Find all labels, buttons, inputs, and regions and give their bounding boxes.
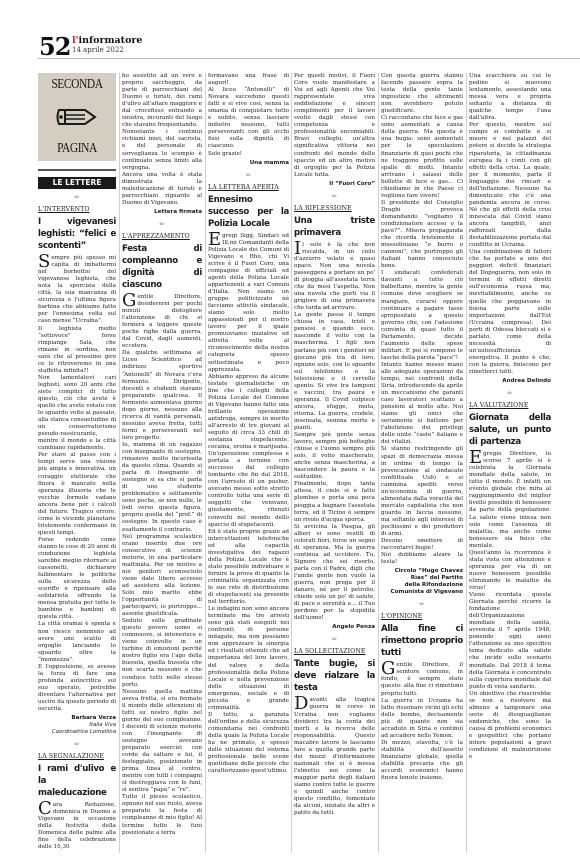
article-paragraph: Forse vedendo come stanno le cose di 20 …	[38, 537, 116, 622]
pencil-icon: ✏	[294, 636, 375, 644]
article-paragraph: La città oramai è spenta e non riesce ne…	[38, 621, 116, 663]
article-paragraph: Per questi motivi, il Fuori Coro vuole m…	[294, 73, 375, 179]
article-paragraph: Intanto hanno messo mano alle adeguate o…	[381, 362, 463, 447]
masthead-name: informatore	[79, 35, 143, 46]
article-paragraph: La gente passa il tempo chiusa in casa, …	[294, 312, 375, 432]
article-paragraph: Quest'anno la ricorrenza è stata vista c…	[469, 550, 551, 592]
article-paragraph: Sempre più spesso mi capita di imbatterm…	[38, 255, 116, 325]
article-headline: Una triste primavera	[294, 215, 375, 239]
signature-line: Comunista di Vigevano	[381, 589, 463, 596]
pencil-icon: ✏	[294, 193, 375, 201]
section-tag: LE LETTERE	[38, 177, 116, 189]
article-paragraph: Abbiamo appreso da alcune testate giorna…	[208, 374, 289, 529]
article-paragraph: Una combinazione di fattori che ha porta…	[469, 249, 551, 376]
article-paragraph: La guerra in Ucraina ha fatto risuonare …	[381, 698, 463, 740]
article-paragraph: Il sole è là che non riscalda, in un cie…	[294, 242, 375, 312]
signature-line: Rìas” del Partito	[381, 575, 463, 582]
article-paragraph: Di mezzo, stavolta, c'è la stabilità del…	[381, 740, 463, 782]
column-divider	[291, 73, 292, 853]
article-paragraph: Per stare al passo con i tempi serve una…	[38, 452, 116, 537]
article-kicker: LA RIFLESSIONE	[294, 205, 375, 212]
column-divider	[466, 73, 467, 853]
article-paragraph: Nel programma scolastico erano inserite …	[122, 534, 202, 619]
pencil-icon: ✏	[208, 172, 289, 180]
article-paragraph: Viene ricordata questa Giornata perché r…	[469, 592, 551, 691]
article-paragraph: Ci raccontano che luce e gas sono aument…	[381, 115, 463, 200]
column-3: formavano una frase di auguri! Al liceo …	[208, 73, 289, 775]
article-paragraph: Il presidente del Consiglio Draghi provo…	[381, 200, 463, 270]
section-logo-bottom: PAGINA	[45, 145, 109, 152]
article-paragraph: Gentile Direttore, il semtore comune, in…	[381, 662, 463, 697]
article-kicker: L'OPINIONE	[381, 613, 463, 620]
article-paragraph: Seduto sulle gradinate questo povero uom…	[122, 618, 202, 688]
page-number: 52	[39, 36, 70, 58]
article-kicker: LA SOLLECITAZIONE	[294, 648, 375, 655]
article-paragraph: Tutto il plesso scolastico, ognuno nel s…	[122, 794, 202, 836]
article-kicker: L'APPREZZAMENTO	[122, 233, 202, 240]
article-paragraph: Sempre più gente senza lavoro, sempre pi…	[294, 432, 375, 481]
article-paragraph: Nonostante i continui richiami miei, del…	[122, 129, 202, 171]
article-paragraph: Al liceo “Antonelli” di Novara succedono…	[208, 87, 289, 150]
article-paragraph: Ed è stato proprio grazie ad intercettaz…	[208, 529, 289, 607]
article-paragraph: Ancora una volta è stata dimostrata la m…	[122, 172, 202, 207]
pencil-icon: ✏	[381, 601, 463, 609]
article-headline: I vigevanesi leghisti: “felici e sconten…	[38, 216, 116, 252]
article-signature: Barbara Verza	[38, 715, 116, 722]
article-paragraph: Egregi Sigg. Sindaci ed Ill.mi Comandant…	[208, 233, 289, 374]
column-1: SECONDA PAGINA LE LETTERE ✏ L'INTERVENTO…	[38, 73, 116, 852]
signature-role: Coordinatrice Lomellina	[38, 729, 116, 736]
article-headline: I rami d'ulivo e la maleducazione	[38, 763, 116, 799]
article-paragraph: Cara Redazione, domenica in Duomo a Vige…	[38, 802, 116, 851]
article-signature: Una mamma	[208, 160, 289, 167]
article-paragraph: Da qualche settimana al Liceo Scientific…	[122, 350, 202, 442]
article-headline: Festa di compleanno e dignità di ciascun…	[122, 243, 202, 291]
article-paragraph: formavano una frase di auguri!	[208, 73, 289, 87]
article-paragraph: Con questa guerra stanno facendo passare…	[381, 73, 463, 115]
article-paragraph: E l'opposizione, se avesse la forza di f…	[38, 664, 116, 713]
article-paragraph: Una scacchiera su cui le pedine si muovo…	[469, 73, 551, 122]
masthead-logo: l'informatore	[72, 36, 142, 46]
article-paragraph: Le indagini non sono ancora terminate ma…	[208, 606, 289, 712]
column-divider	[119, 73, 120, 853]
article-headline: Ennesimo successo per la Polizia Locale	[208, 194, 289, 230]
article-paragraph: Davanti alla tragica guerra in corso in …	[294, 697, 375, 817]
article-paragraph: ho assistito ad un vero e proprio sacche…	[122, 73, 202, 129]
signature-role: Italia Viva	[38, 722, 116, 729]
article-paragraph: Si stanno restringendo gli spazi di demo…	[381, 446, 463, 538]
article-signature: Il “Fuori Coro”	[294, 181, 375, 188]
article-paragraph: Si avvicina la Pasqua, gli alberi si son…	[294, 524, 375, 623]
article-paragraph: Un obiettivo che riuscirebbe se non a ri…	[469, 691, 551, 761]
article-signature: Circolo “Hugo Chavez Rìas” del Partito d…	[381, 568, 463, 596]
article-kicker: LA LETTERA APERTA	[208, 184, 289, 191]
issue-date: 14 aprile 2022	[72, 46, 124, 54]
article-paragraph: I sindacati confederali davanti a tutto …	[381, 270, 463, 362]
article-paragraph: Gentile Direttore, desidererei per pochi…	[122, 294, 202, 350]
pencil-icon: ✏	[469, 390, 551, 398]
pencil-icon: ✏	[38, 194, 116, 202]
article-paragraph: Egregio Direttore, lo scorso 7 aprile si…	[469, 451, 551, 550]
article-paragraph: Per questo, mentre sul campo si combatte…	[469, 122, 551, 249]
article-paragraph: Nessuno quella mattina aveva fretta, si …	[122, 689, 202, 795]
article-paragraph: Io, mamma di un ragazzo con insegnante d…	[122, 442, 202, 534]
article-paragraph: Devono smettere di raccontarci bugie!	[381, 538, 463, 552]
article-paragraph: Solo grazie!	[208, 151, 289, 158]
column-4: Per questi motivi, il Fuori Coro vuole m…	[294, 73, 375, 817]
column-2: ho assistito ad un vero e proprio sacche…	[122, 73, 202, 837]
article-headline: Tante bugie, si deve rialzare la testa	[294, 658, 375, 694]
article-paragraph: Non lamentatevi cari leghisti, sono 20 a…	[38, 375, 116, 453]
column-5: Con questa guerra stanno facendo passare…	[381, 73, 463, 782]
column-divider	[378, 73, 379, 853]
signature-line: della Rifondazione	[381, 582, 463, 589]
article-paragraph: Il tutto, a garanzia dell'ordine e della…	[208, 712, 289, 775]
pencil-icon: ✏	[122, 221, 202, 229]
section-logo-top: SECONDA	[45, 81, 109, 88]
article-kicker: LA VALUTAZIONE	[469, 402, 551, 409]
article-kicker: L'INTERVENTO	[38, 206, 116, 213]
article-headline: Alla fine ci rimettono proprio tutti	[381, 623, 463, 659]
column-divider	[205, 73, 206, 853]
article-paragraph: Noi dobbiamo alzare la testa!	[381, 552, 463, 566]
column-6: Una scacchiera su cui le pedine si muovo…	[469, 73, 551, 761]
page-header: 52 l'informatore 14 aprile 2022	[38, 36, 580, 59]
divider	[38, 169, 116, 171]
article-signature: Andrea Delindo	[469, 378, 551, 385]
article-signature: Lettera firmata	[122, 209, 202, 216]
article-signature: Angelo Penza	[294, 624, 375, 631]
article-paragraph: Il leghista medio “sottovoce” forse rimp…	[38, 326, 116, 375]
article-paragraph: Finalmente, dopo tanta attesa, il cielo …	[294, 481, 375, 523]
article-headline: Giornata della salute, un punto di parte…	[469, 412, 551, 448]
pencil-icon: ✏	[38, 741, 116, 749]
article-kicker: LA SEGNALAZIONE	[38, 753, 116, 760]
section-logo: SECONDA PAGINA	[38, 73, 116, 161]
pencil-icon	[55, 106, 99, 128]
